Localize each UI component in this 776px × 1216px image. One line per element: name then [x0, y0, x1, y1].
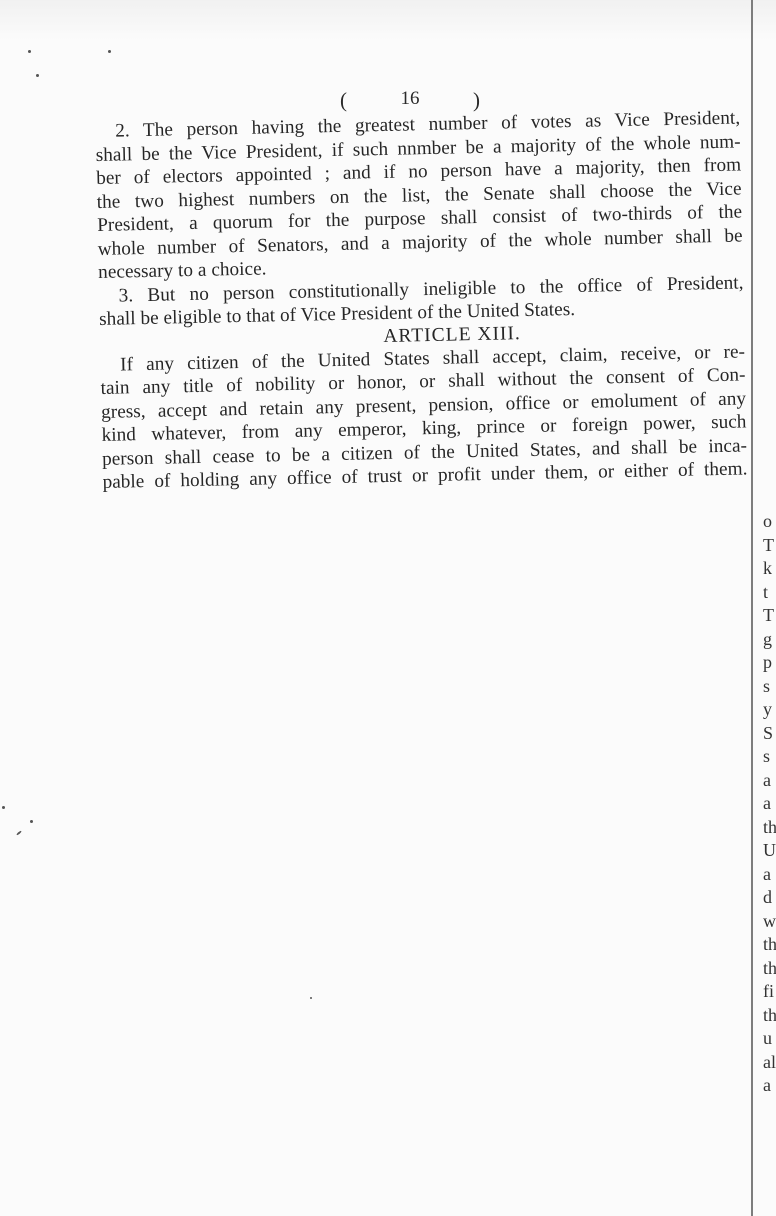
paragraph-2: 2. The person having the greatest number…: [95, 106, 743, 284]
facing-page-fragment: th: [763, 1006, 776, 1024]
scan-speck: [36, 74, 39, 77]
facing-page-fragment: u: [763, 1029, 772, 1047]
facing-page-fragment: th: [763, 935, 776, 953]
facing-page-fragment: k: [763, 559, 772, 577]
facing-page-fragment: th: [763, 959, 776, 977]
facing-page-fragment: w: [763, 912, 776, 930]
facing-page-fragment: th: [763, 818, 776, 836]
facing-page-fragment: S: [763, 724, 773, 742]
page-number: 16: [401, 88, 420, 113]
facing-page-fragment: a: [763, 865, 771, 883]
scan-speck: [310, 997, 312, 999]
scan-speck: [2, 806, 5, 809]
scan-speck: [108, 50, 111, 53]
article-xiii-text: If any citizen of the United States shal…: [100, 340, 748, 494]
gutter-rule: [751, 0, 753, 1216]
facing-page-fragment: a: [763, 771, 771, 789]
facing-page-fragment: al: [763, 1053, 776, 1071]
facing-page-fragment: fi: [763, 982, 774, 1000]
open-paren: (: [340, 88, 347, 113]
facing-page-edge: oTktTgpsySsaathUadwththfithuala: [755, 0, 776, 1216]
facing-page-fragment: U: [763, 841, 776, 859]
facing-page-fragment: o: [763, 512, 772, 530]
facing-page-fragment: a: [763, 794, 771, 812]
facing-page-fragment: a: [763, 1076, 771, 1094]
facing-page-fragment: T: [763, 536, 774, 554]
facing-page-fragment: g: [763, 630, 772, 648]
document-page: ( 16 ) 2. The person having the greatest…: [0, 0, 750, 1216]
facing-page-fragment: s: [763, 677, 770, 695]
page-number-header: ( 16 ): [340, 88, 480, 113]
facing-page-fragment: d: [763, 888, 772, 906]
facing-page-fragment: t: [763, 583, 768, 601]
close-paren: ): [473, 88, 480, 113]
facing-page-fragment: y: [763, 700, 772, 718]
facing-page-fragment: s: [763, 747, 770, 765]
facing-page-fragment: T: [763, 606, 774, 624]
facing-page-fragment: p: [763, 653, 772, 671]
scan-speck: [30, 820, 33, 823]
body-text: 2. The person having the greatest number…: [95, 106, 748, 494]
scan-speck: [28, 50, 31, 53]
